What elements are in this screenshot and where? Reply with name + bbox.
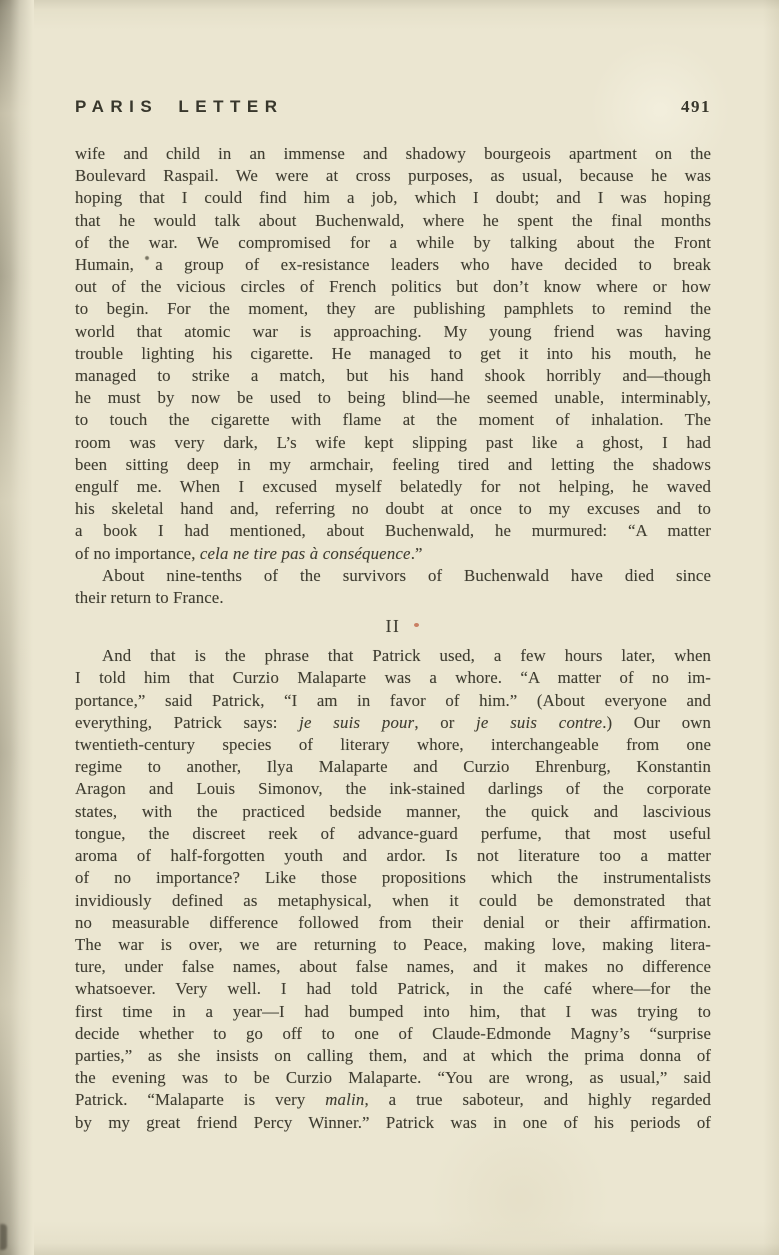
text-line: the evening was to be Curzio Malaparte. … — [75, 1067, 711, 1089]
text-line: twentieth-century species of literary wh… — [75, 734, 711, 756]
text-line: room was very dark, L’s wife kept slippi… — [75, 432, 711, 454]
print-fleck — [414, 623, 419, 627]
text-line: their return to France. — [75, 587, 711, 609]
text-line: world that atomic war is approaching. My… — [75, 321, 711, 343]
text-line: Boulevard Raspail. We were at cross purp… — [75, 165, 711, 187]
text-line: portance,” said Patrick, “I am in favor … — [75, 690, 711, 712]
text-line: states, with the practiced bedside manne… — [75, 801, 711, 823]
text-line: And that is the phrase that Patrick used… — [75, 645, 711, 667]
text-line: of no importance? Like those proposition… — [75, 867, 711, 889]
text-line: whatsoever. Very well. I had told Patric… — [75, 978, 711, 1000]
text-line: aroma of half-forgotten youth and ardor.… — [75, 845, 711, 867]
text-line: of no importance, cela ne tire pas à con… — [75, 543, 711, 565]
text-line: trouble lighting his cigarette. He manag… — [75, 343, 711, 365]
text-line: out of the vicious circles of French pol… — [75, 276, 711, 298]
text-line: no measurable difference followed from t… — [75, 912, 711, 934]
text-line: managed to strike a match, but his hand … — [75, 365, 711, 387]
text-line: by my great friend Percy Winner.” Patric… — [75, 1112, 711, 1134]
paragraph: And that is the phrase that Patrick used… — [75, 645, 711, 1133]
paragraph: wife and child in an immense and shadowy… — [75, 143, 711, 565]
text-line: his skeletal hand and, referring no doub… — [75, 498, 711, 520]
text-line: everything, Patrick says: je suis pour, … — [75, 712, 711, 734]
text-line: ture, under false names, about false nam… — [75, 956, 711, 978]
running-header-title: PARIS LETTER — [75, 97, 284, 117]
book-page: PARIS LETTER 491 wife and child in an im… — [0, 0, 779, 1255]
page-body: wife and child in an immense and shadowy… — [75, 143, 711, 1134]
text-line: Aragon and Louis Simonov, the ink-staine… — [75, 778, 711, 800]
text-line: he must by now be used to being blind—he… — [75, 387, 711, 409]
section-heading: II — [75, 614, 711, 638]
text-line: engulf me. When I excused myself belated… — [75, 476, 711, 498]
text-line: that he would talk about Buchenwald, whe… — [75, 210, 711, 232]
text-line: hoping that I could find him a job, whic… — [75, 187, 711, 209]
text-line: About nine-tenths of the survivors of Bu… — [75, 565, 711, 587]
paragraph: About nine-tenths of the survivors of Bu… — [75, 565, 711, 609]
text-line: tongue, the discreet reek of advance-gua… — [75, 823, 711, 845]
text-line: of the war. We compromised for a while b… — [75, 232, 711, 254]
text-line: Humain, a group of ex-resistance leaders… — [75, 254, 711, 276]
text-line: Patrick. “Malaparte is very malin, a tru… — [75, 1089, 711, 1111]
text-line: to touch the cigarette with flame at the… — [75, 409, 711, 431]
text-line: invidiously defined as metaphysical, whe… — [75, 890, 711, 912]
text-line: first time in a year—I had bumped into h… — [75, 1001, 711, 1023]
page-header: PARIS LETTER 491 — [75, 97, 711, 117]
text-line: decide whether to go off to one of Claud… — [75, 1023, 711, 1045]
text-line: parties,” as she insists on calling them… — [75, 1045, 711, 1067]
text-line: I told him that Curzio Malaparte was a w… — [75, 667, 711, 689]
text-line: regime to another, Ilya Malaparte and Cu… — [75, 756, 711, 778]
text-line: been sitting deep in my armchair, feelin… — [75, 454, 711, 476]
text-line: wife and child in an immense and shadowy… — [75, 143, 711, 165]
text-line: The war is over, we are returning to Pea… — [75, 934, 711, 956]
page-number: 491 — [681, 97, 711, 117]
text-line: a book I had mentioned, about Buchenwald… — [75, 520, 711, 542]
text-line: to begin. For the moment, they are publi… — [75, 298, 711, 320]
